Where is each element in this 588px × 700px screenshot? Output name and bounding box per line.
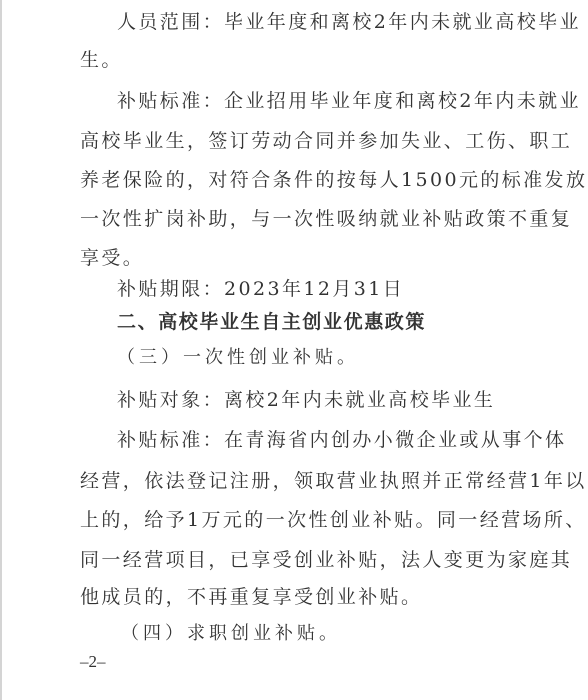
paragraph-target: 补贴对象：离校2年内未就业高校毕业生 bbox=[117, 387, 495, 413]
paragraph-standard-2-line-4: 同一经营项目，已享受创业补贴，法人变更为家庭其 bbox=[80, 547, 572, 573]
paragraph-standard-1-line-5: 享受。 bbox=[80, 245, 144, 271]
subsection-heading-3: （三）一次性创业补贴。 bbox=[117, 345, 359, 371]
page-edge-border bbox=[0, 0, 2, 700]
page-number: –2– bbox=[80, 652, 106, 672]
paragraph-scope-line-2: 生。 bbox=[80, 47, 123, 73]
subsection-heading-4: （四）求职创业补贴。 bbox=[121, 621, 341, 647]
paragraph-standard-2-line-1: 补贴标准：在青海省内创办小微企业或从事个体 bbox=[117, 427, 566, 453]
paragraph-standard-1-line-2: 高校毕业生，签订劳动合同并参加失业、工伤、职工 bbox=[80, 128, 572, 154]
paragraph-standard-2-line-5: 他成员的，不再重复享受创业补贴。 bbox=[80, 584, 422, 610]
paragraph-standard-2-line-3: 上的，给予1万元的一次性创业补贴。同一经营场所、 bbox=[80, 507, 587, 533]
paragraph-standard-1-line-1: 补贴标准：企业招用毕业年度和离校2年内未就业 bbox=[117, 88, 581, 114]
paragraph-standard-1-line-3: 养老保险的，对符合条件的按每人1500元的标准发放 bbox=[80, 167, 587, 193]
paragraph-scope-line-1: 人员范围：毕业年度和离校2年内未就业高校毕业 bbox=[117, 9, 581, 35]
paragraph-deadline: 补贴期限：2023年12月31日 bbox=[117, 276, 404, 302]
section-heading: 二、高校毕业生自主创业优惠政策 bbox=[117, 309, 426, 335]
paragraph-standard-1-line-4: 一次性扩岗补助，与一次性吸纳就业补贴政策不重复 bbox=[80, 206, 572, 232]
paragraph-standard-2-line-2: 经营，依法登记注册，领取营业执照并正常经营1年以 bbox=[80, 468, 587, 494]
